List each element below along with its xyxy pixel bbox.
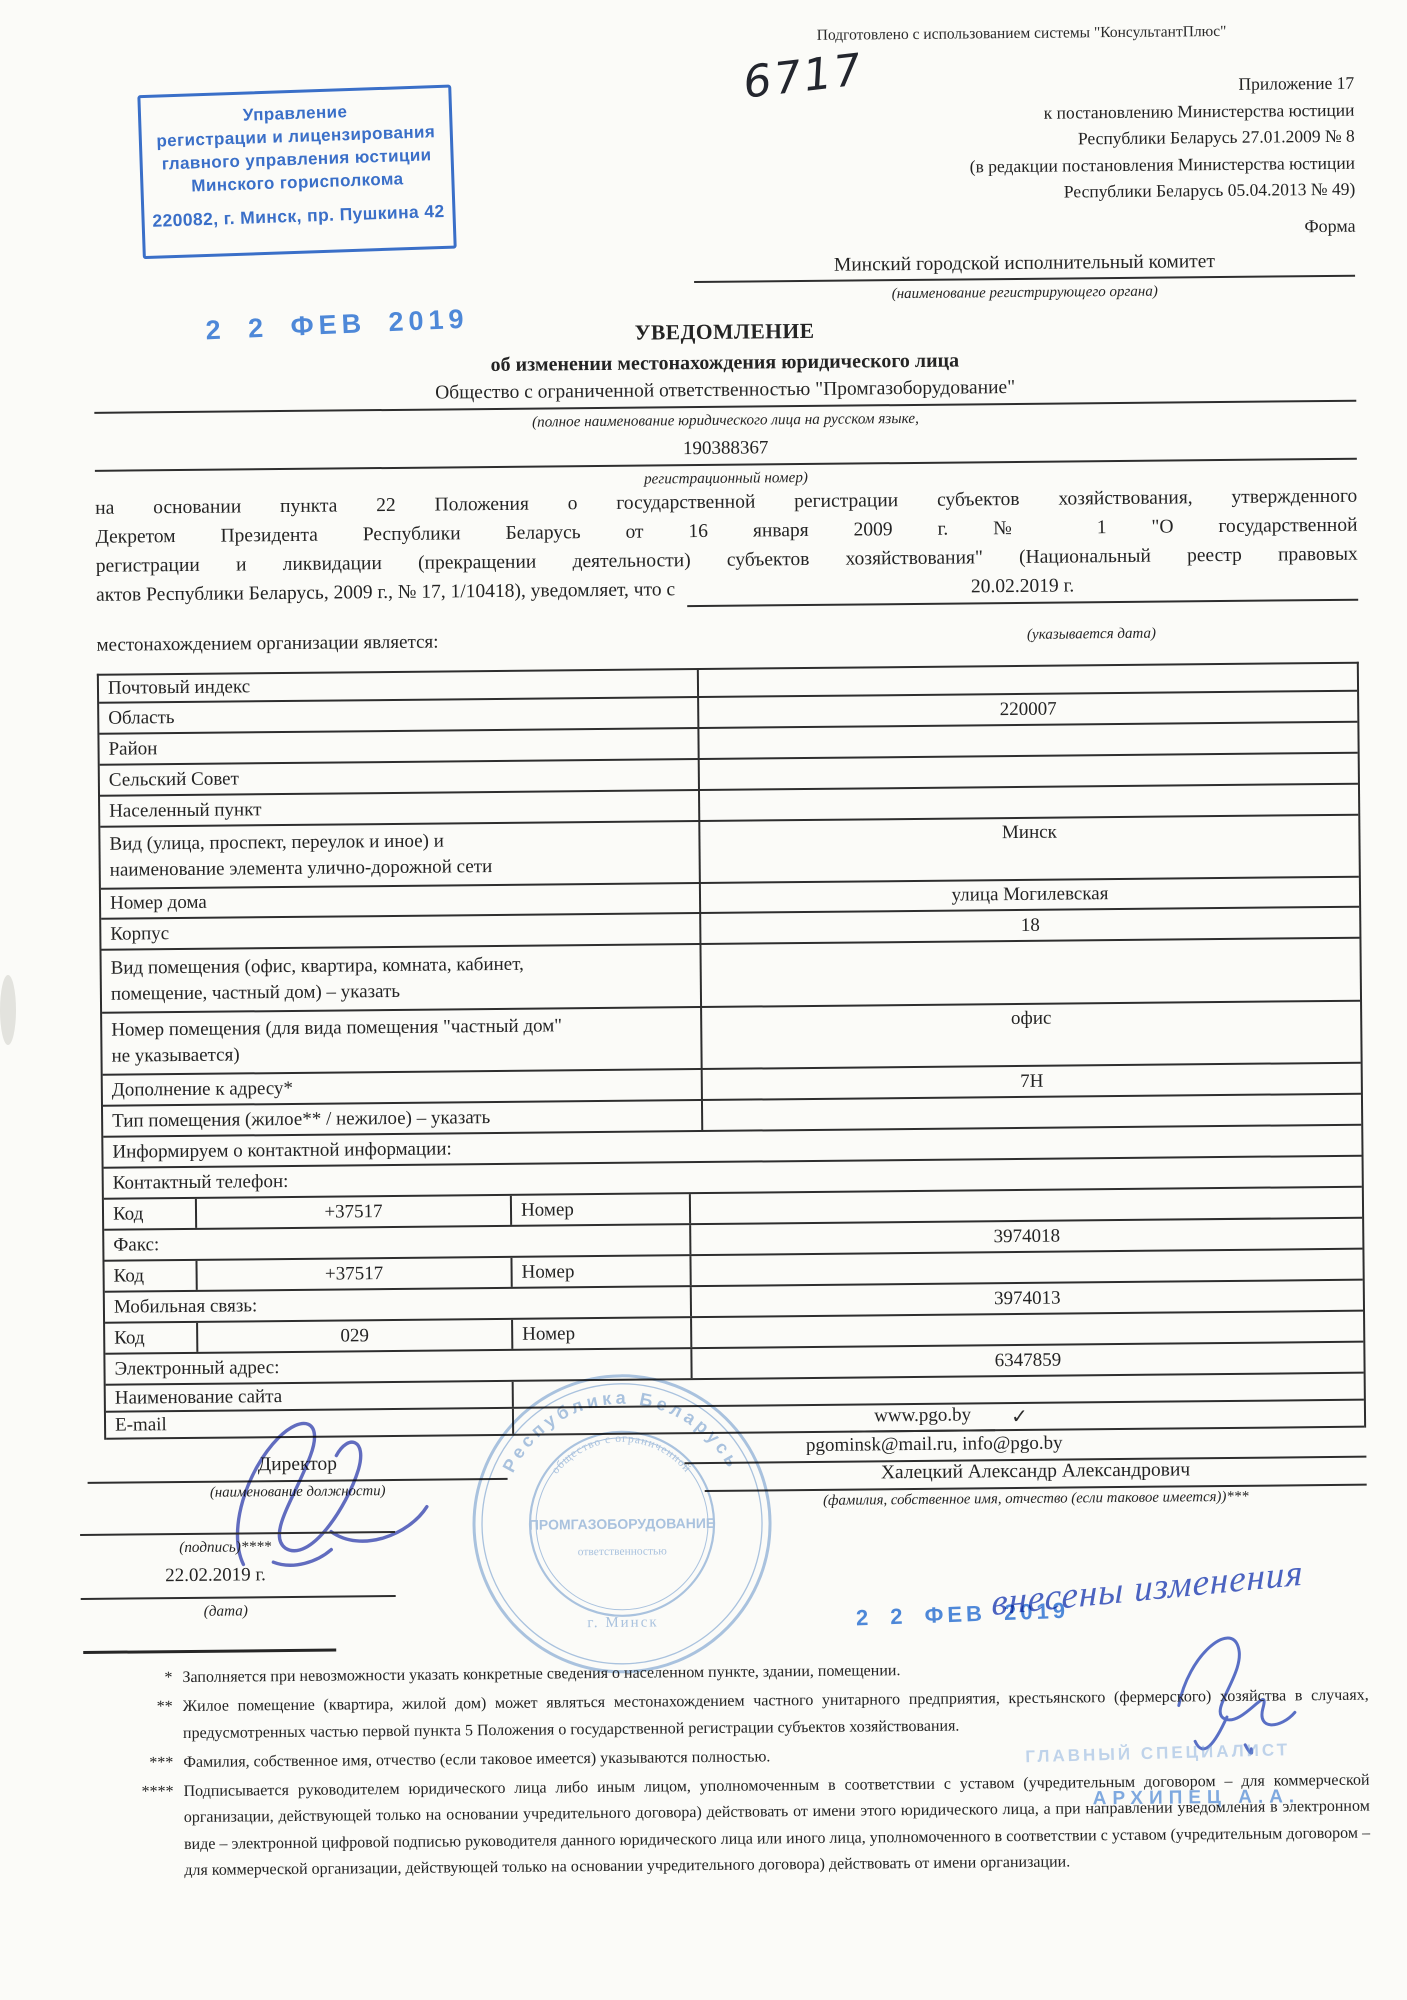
svg-text:общество с ограниченной: общество с ограниченной: [549, 1432, 693, 1476]
row-value: 3974018: [691, 1219, 1362, 1254]
row-value: [700, 754, 1358, 789]
row-label: Вид (улица, проспект, переулок и иное) и…: [100, 822, 701, 888]
table-row: Вид помещения (офис, квартира, комната, …: [101, 939, 1360, 1014]
appendix-line: Республики Беларусь 05.04.2013 № 49): [970, 176, 1356, 206]
row-value: 7Н: [703, 1064, 1361, 1099]
body-paragraph: на основании пункта 22 Положения о госуд…: [95, 482, 1358, 613]
row-value: Минск: [700, 816, 1359, 882]
signature-caption: (подпись)****: [80, 1537, 370, 1558]
footnote-item: **Жилое помещение (квартира, жилой дом) …: [107, 1683, 1369, 1748]
number-label-cell: Номер: [512, 1194, 691, 1225]
row-value: 220007: [699, 692, 1357, 727]
row-label: Номер дома: [101, 884, 701, 918]
stamp-address: 220082, г. Минск, пр. Пушкина 42: [144, 201, 453, 232]
row-value: [701, 939, 1360, 1006]
appendix-line: Республики Беларусь 27.01.2009 № 8: [969, 123, 1355, 153]
code-label-cell: Код: [105, 1323, 198, 1353]
row-label: Корпус: [101, 914, 701, 949]
number-value-cell: [691, 1250, 1362, 1285]
number-value-cell: [692, 1312, 1363, 1347]
number-label-cell: Номер: [513, 1318, 692, 1349]
number-label-cell: Номер: [512, 1256, 691, 1287]
code-value-cell: +37517: [197, 1196, 512, 1228]
row-label: Факс:: [104, 1225, 691, 1260]
seal-inner-bottom-text: ответственностью: [578, 1545, 668, 1558]
row-value: офис: [702, 1002, 1361, 1068]
row-value: [699, 723, 1357, 758]
location-intro: местонахождением организации является:: [96, 632, 438, 657]
code-value-cell: 029: [198, 1320, 513, 1352]
row-label: Населенный пункт: [100, 791, 700, 826]
address-table: Почтовый индексОбласть220007РайонСельски…: [97, 662, 1366, 1440]
row-label: Мобильная связь:: [105, 1287, 692, 1322]
row-label: Дополнение к адресу*: [103, 1070, 703, 1105]
seal-inner-arc: общество с ограниченной: [549, 1432, 693, 1476]
appendix-block: Приложение 17 к постановлению Министерст…: [969, 70, 1356, 206]
code-label-cell: Код: [104, 1261, 197, 1291]
appendix-line: Приложение 17: [969, 70, 1355, 100]
row-value: [703, 1095, 1361, 1130]
footnote-marker: **: [107, 1694, 184, 1747]
document-date-caption: (дата): [81, 1601, 371, 1622]
scanned-sheet: Подготовлено с использованием системы "К…: [0, 0, 1407, 2000]
registering-authority-caption: (наименование регистрирующего органа): [694, 282, 1355, 305]
footnote-text: Подписывается руководителем юридического…: [183, 1768, 1370, 1885]
footnote-divider-line: [83, 1649, 336, 1654]
row-value: 3974013: [692, 1281, 1363, 1316]
footnote-marker: ***: [107, 1750, 183, 1777]
document-page: Подготовлено с использованием системы "К…: [0, 0, 1407, 2000]
seal-city-text: г. Минск: [587, 1614, 658, 1631]
row-label: Сельский Совет: [100, 760, 700, 795]
code-value-cell: +37517: [197, 1258, 512, 1290]
row-value: 18: [701, 908, 1359, 943]
change-date-field: 20.02.2019 г.: [687, 569, 1358, 607]
checkmark-icon: ✓: [1011, 1403, 1028, 1429]
prepared-note: Подготовлено с использованием системы "К…: [817, 23, 1227, 45]
row-label: Вид помещения (офис, квартира, комната, …: [101, 945, 702, 1012]
footnotes-block: *Заполняется при невозможности указать к…: [106, 1654, 1370, 1888]
row-label: Область: [99, 698, 699, 733]
fio-caption: (фамилия, собственное имя, отчество (есл…: [705, 1488, 1367, 1511]
row-label: Наименование сайта: [106, 1382, 514, 1411]
document-date: 22.02.2019 г.: [65, 1563, 365, 1588]
form-label: Форма: [1304, 216, 1355, 237]
handwritten-number: 6717: [742, 44, 864, 109]
footnote-item: ****Подписывается руководителем юридичес…: [107, 1768, 1370, 1885]
change-date-caption: (указывается дата): [941, 625, 1241, 645]
appendix-line: (в редакции постановления Министерства ю…: [970, 149, 1356, 179]
row-label: Тип помещения (жилое** / нежилое) – указ…: [103, 1101, 703, 1136]
row-label: Район: [99, 729, 699, 764]
code-label-cell: Код: [104, 1199, 197, 1229]
company-seal: Республика Беларусь общество с ограничен…: [466, 1367, 779, 1680]
seal-center-text: ПРОМГАЗОБОРУДОВАНИЕ: [529, 1515, 716, 1533]
footnote-text: Жилое помещение (квартира, жилой дом) мо…: [183, 1683, 1369, 1747]
registration-office-stamp: Управление регистрации и лицензирования …: [137, 85, 456, 260]
website-value: www.pgo.by: [850, 1402, 995, 1432]
appendix-line: к постановлению Министерства юстиции: [969, 96, 1355, 126]
row-label: Почтовый индекс: [99, 670, 699, 702]
row-value: улица Могилевская: [701, 878, 1359, 912]
row-value: 6347859: [692, 1343, 1363, 1378]
body-line-text: актов Республики Беларусь, 2009 г., № 17…: [96, 575, 675, 610]
row-value: [699, 664, 1357, 696]
document-date-underline: [81, 1595, 396, 1600]
registering-authority: Минский городской исполнительный комитет: [694, 250, 1355, 283]
row-label: Номер помещения (для вида помещения "час…: [102, 1008, 703, 1074]
number-value-cell: [691, 1188, 1362, 1223]
footnote-marker: *: [106, 1665, 182, 1692]
footnote-marker: ****: [107, 1779, 184, 1885]
row-value: [700, 785, 1358, 820]
